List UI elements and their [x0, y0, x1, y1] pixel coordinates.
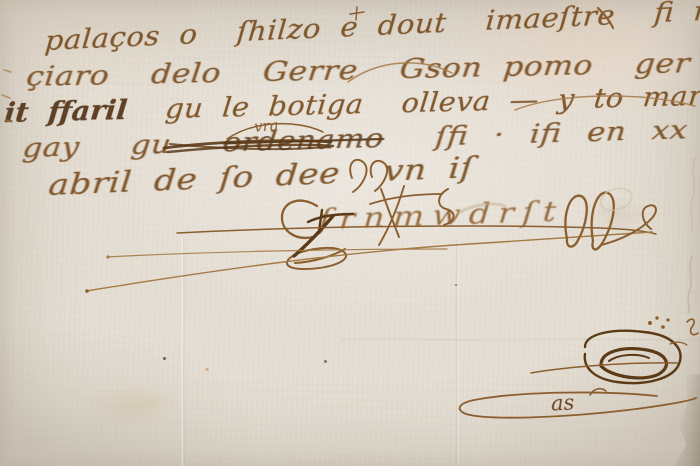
edge-dot [649, 322, 652, 325]
line5-vn-curl-1 [350, 160, 366, 192]
edge-dot [656, 317, 658, 319]
ink-flourish-overlay [0, 0, 700, 466]
top-cross-mark [350, 7, 364, 20]
flourish-ink-blob [85, 289, 89, 293]
left-edge-speck [2, 70, 12, 122]
edge-dot [667, 319, 669, 321]
rubric-tall-lambda [379, 186, 404, 245]
rubric-faint-shadow [460, 204, 505, 212]
swash-over-line2 [348, 63, 452, 82]
edge-s-curl [687, 319, 698, 335]
swash-over-line3-right [515, 96, 695, 110]
edge-faint-curl-1 [688, 256, 692, 313]
notary-bottom-oval [460, 392, 696, 417]
edge-small-mark [670, 342, 687, 345]
line5-vn-curl-2 [371, 161, 387, 191]
notary-outer-loop [585, 331, 681, 383]
notary-inner-bar [609, 355, 649, 361]
top-right-tick [598, 8, 613, 28]
rubric-crossbar [370, 194, 441, 204]
edge-faint-curl-2 [691, 158, 695, 231]
rubric-end-hook [601, 205, 656, 245]
swash-under-vra [227, 124, 323, 139]
rubric-right-double-loop [565, 193, 613, 250]
flourish-ink-blob [106, 255, 109, 258]
edge-dot [662, 326, 665, 329]
rubric-s-curl [439, 189, 454, 225]
manuscript-photo: palaços o ſhilzo e dout imaeſtre ﬁ mi dz… [0, 0, 700, 466]
